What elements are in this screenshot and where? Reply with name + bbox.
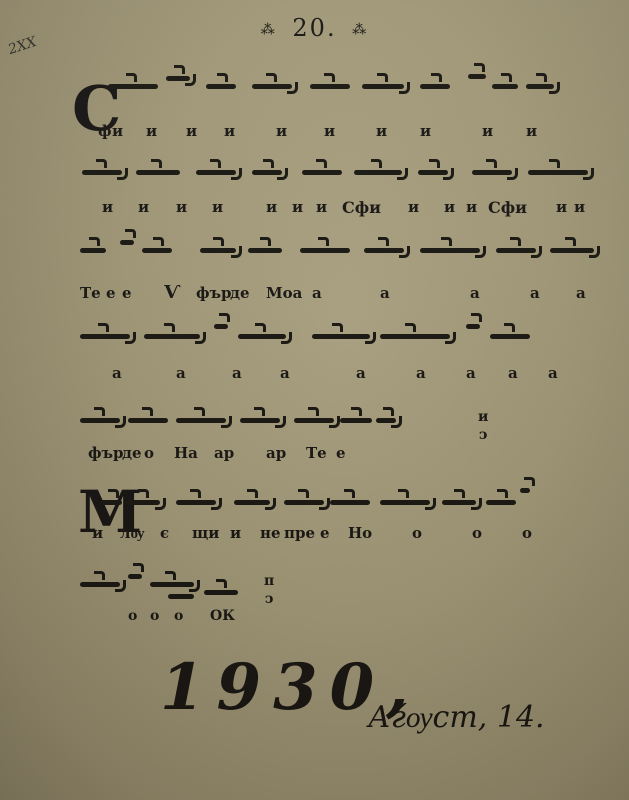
lyric-syllable: и bbox=[376, 122, 387, 140]
neume-row bbox=[80, 560, 320, 606]
lyric-syllable: Те bbox=[306, 444, 327, 462]
neume-symbol bbox=[214, 324, 228, 329]
lyric-syllable: а bbox=[356, 364, 366, 382]
lyric-syllable: фър bbox=[88, 444, 124, 462]
lyric-syllable: и bbox=[102, 198, 113, 216]
lyric-syllable: и bbox=[324, 122, 335, 140]
lyric-syllable: и bbox=[176, 198, 187, 216]
martyria-sign: и ᴐ bbox=[478, 408, 488, 444]
lyric-syllable: а bbox=[508, 364, 518, 382]
neume-symbol bbox=[144, 334, 200, 339]
lyric-syllable: а bbox=[530, 284, 540, 302]
neume-symbol bbox=[166, 76, 190, 81]
neume-symbol bbox=[528, 170, 588, 175]
page-number: 20. bbox=[292, 14, 336, 42]
neume-symbol bbox=[142, 248, 172, 253]
lyric-syllable: о bbox=[150, 608, 159, 624]
neume-symbol bbox=[492, 84, 518, 89]
neume-symbol bbox=[196, 170, 236, 175]
neume-symbol bbox=[420, 84, 450, 89]
martyria-text: п ᴐ bbox=[264, 573, 274, 607]
neume-symbol bbox=[120, 240, 134, 245]
lyric-syllable: е bbox=[122, 284, 132, 302]
neume-symbol bbox=[380, 334, 450, 339]
neume-symbol bbox=[496, 248, 536, 253]
neume-row bbox=[80, 226, 615, 272]
lyric-syllable: и bbox=[556, 198, 567, 216]
lyric-syllable: и bbox=[408, 198, 419, 216]
lyric-syllable: о bbox=[174, 608, 183, 624]
neume-symbol bbox=[486, 500, 516, 505]
neume-symbol bbox=[418, 170, 448, 175]
neume-symbol bbox=[252, 84, 292, 89]
neume-symbol bbox=[80, 582, 120, 587]
neume-symbol bbox=[376, 418, 396, 423]
lyric-syllable: ф bbox=[98, 122, 112, 140]
lyric-syllable: а bbox=[548, 364, 558, 382]
lyric-syllable: е bbox=[320, 524, 330, 542]
neume-symbol bbox=[238, 334, 286, 339]
lyric-syllable: и bbox=[212, 198, 223, 216]
month-name: Аѓѹст bbox=[368, 700, 478, 735]
neume-row bbox=[80, 478, 615, 524]
neume-row bbox=[80, 312, 615, 358]
lyric-syllable: не bbox=[260, 524, 281, 542]
lyric-syllable: а bbox=[466, 364, 476, 382]
neume-symbol bbox=[176, 500, 216, 505]
music-line-4: а а а а а а а а а bbox=[80, 312, 615, 392]
neume-symbol bbox=[550, 248, 594, 253]
neume-symbol bbox=[240, 418, 280, 423]
lyric-syllable: а bbox=[416, 364, 426, 382]
header-ornament-left: ⁂ bbox=[261, 22, 277, 38]
neume-symbol bbox=[108, 84, 158, 89]
neume-symbol bbox=[100, 500, 122, 505]
neume-symbol bbox=[380, 500, 430, 505]
music-line-3: Те е е Ѵ фър де Моа а а а а а bbox=[80, 226, 615, 306]
lyric-syllable: е bbox=[106, 284, 116, 302]
lyric-syllable: а bbox=[112, 364, 122, 382]
lyric-syllable: и bbox=[292, 198, 303, 216]
page-number-header: ⁂ 20. ⁂ bbox=[0, 14, 629, 42]
date-separator: , bbox=[478, 700, 488, 735]
neume-symbol bbox=[80, 248, 106, 253]
lyric-syllable: є bbox=[160, 524, 169, 542]
lyric-syllable: и bbox=[224, 122, 235, 140]
neume-symbol bbox=[136, 170, 180, 175]
lyric-syllable: ар bbox=[214, 444, 234, 462]
neume-symbol bbox=[310, 84, 350, 89]
lyric-syllable: о bbox=[128, 608, 137, 624]
lyric-syllable: о bbox=[522, 524, 532, 542]
neume-symbol bbox=[312, 334, 370, 339]
day-value: 14. bbox=[497, 700, 545, 735]
lyric-syllable: и bbox=[316, 198, 327, 216]
colophon-date: Аѓѹст, 14. bbox=[368, 700, 545, 735]
lyric-syllable: и bbox=[186, 122, 197, 140]
neume-symbol bbox=[234, 500, 270, 505]
martyria-text: и ᴐ bbox=[478, 409, 488, 443]
neume-symbol bbox=[468, 74, 486, 79]
neume-symbol bbox=[300, 248, 350, 253]
neume-symbol bbox=[420, 248, 480, 253]
lyric-syllable: Сфи bbox=[342, 198, 381, 217]
year-value: 1930 bbox=[160, 650, 386, 725]
neume-row bbox=[82, 148, 617, 194]
neume-symbol bbox=[176, 418, 226, 423]
neume-symbol bbox=[150, 582, 194, 587]
neume-symbol bbox=[284, 500, 324, 505]
neume-symbol bbox=[362, 84, 404, 89]
neume-symbol bbox=[206, 84, 236, 89]
lyric-syllable: и bbox=[138, 198, 149, 216]
neume-symbol bbox=[204, 590, 238, 595]
lyric-syllable: Моа bbox=[266, 284, 302, 302]
lyric-syllable: де bbox=[230, 284, 250, 302]
neume-symbol bbox=[128, 418, 168, 423]
neume-symbol bbox=[80, 334, 130, 339]
lyric-syllable: а bbox=[470, 284, 480, 302]
neume-symbol bbox=[126, 500, 160, 505]
lyric-syllable: и bbox=[266, 198, 277, 216]
neume-symbol bbox=[330, 500, 370, 505]
music-line-7: п ᴐ о о о ОК bbox=[80, 560, 320, 640]
music-line-2: и и и и и и и Сфи и и и Сфи и и bbox=[82, 148, 617, 228]
neume-symbol bbox=[80, 418, 120, 423]
neume-row bbox=[80, 62, 615, 108]
music-line-1: ф и и и и и и и и и и bbox=[80, 62, 615, 142]
header-ornament-right: ⁂ bbox=[352, 22, 368, 38]
lyric-syllable: и bbox=[112, 122, 123, 140]
neume-symbol bbox=[442, 500, 476, 505]
lyric-syllable: а bbox=[380, 284, 390, 302]
lyric-syllable: а bbox=[576, 284, 586, 302]
neume-row bbox=[80, 396, 615, 442]
lyric-syllable: о bbox=[472, 524, 482, 542]
lyric-syllable: Сфи bbox=[488, 198, 527, 217]
neume-symbol bbox=[526, 84, 554, 89]
manuscript-page: 2ΧΧ ⁂ 20. ⁂ С М ф и и и и и и и bbox=[0, 0, 629, 800]
lyric-syllable: пре bbox=[284, 524, 315, 542]
lyric-syllable: де bbox=[122, 444, 142, 462]
lyric-syllable: Но bbox=[348, 524, 372, 542]
neume-symbol bbox=[82, 170, 122, 175]
lyric-syllable: Ѵ bbox=[164, 282, 180, 303]
lyric-syllable: е bbox=[336, 444, 346, 462]
lyric-syllable: и bbox=[276, 122, 287, 140]
neume-symbol bbox=[354, 170, 402, 175]
music-line-6: и лѹ є щи и не пре е Но о о о bbox=[80, 478, 615, 558]
neume-symbol bbox=[472, 170, 512, 175]
lyric-syllable: и bbox=[444, 198, 455, 216]
lyric-syllable: и bbox=[92, 524, 103, 542]
lyric-syllable: На bbox=[174, 444, 198, 462]
neume-symbol bbox=[466, 324, 480, 329]
lyric-syllable: и bbox=[482, 122, 493, 140]
lyric-syllable: а bbox=[312, 284, 322, 302]
lyric-syllable: а bbox=[232, 364, 242, 382]
lyric-syllable: и bbox=[526, 122, 537, 140]
lyric-syllable: о bbox=[144, 444, 154, 462]
lyric-syllable: и bbox=[230, 524, 241, 542]
lyric-syllable: ОК bbox=[210, 608, 235, 624]
lyric-syllable: а bbox=[176, 364, 186, 382]
lyric-syllable: Те bbox=[80, 284, 101, 302]
neume-symbol bbox=[168, 594, 194, 599]
lyric-syllable: и bbox=[146, 122, 157, 140]
lyric-syllable: лѹ bbox=[120, 524, 144, 543]
lyric-syllable: и bbox=[420, 122, 431, 140]
lyric-syllable: фър bbox=[196, 284, 232, 302]
neume-symbol bbox=[520, 488, 530, 493]
lyric-syllable: и bbox=[466, 198, 477, 216]
neume-symbol bbox=[128, 574, 142, 579]
neume-symbol bbox=[490, 334, 530, 339]
neume-symbol bbox=[294, 418, 334, 423]
lyric-syllable: а bbox=[280, 364, 290, 382]
neume-symbol bbox=[340, 418, 372, 423]
lyric-syllable: щи bbox=[192, 524, 219, 542]
neume-symbol bbox=[248, 248, 282, 253]
neume-symbol bbox=[364, 248, 404, 253]
neume-symbol bbox=[302, 170, 342, 175]
martyria-sign: п ᴐ bbox=[264, 572, 274, 608]
lyric-syllable: ар bbox=[266, 444, 286, 462]
lyric-syllable: и bbox=[574, 198, 585, 216]
music-line-5: и ᴐ фър де о На ар ар Те е bbox=[80, 396, 615, 476]
neume-symbol bbox=[200, 248, 236, 253]
neume-symbol bbox=[252, 170, 282, 175]
lyric-syllable: о bbox=[412, 524, 422, 542]
